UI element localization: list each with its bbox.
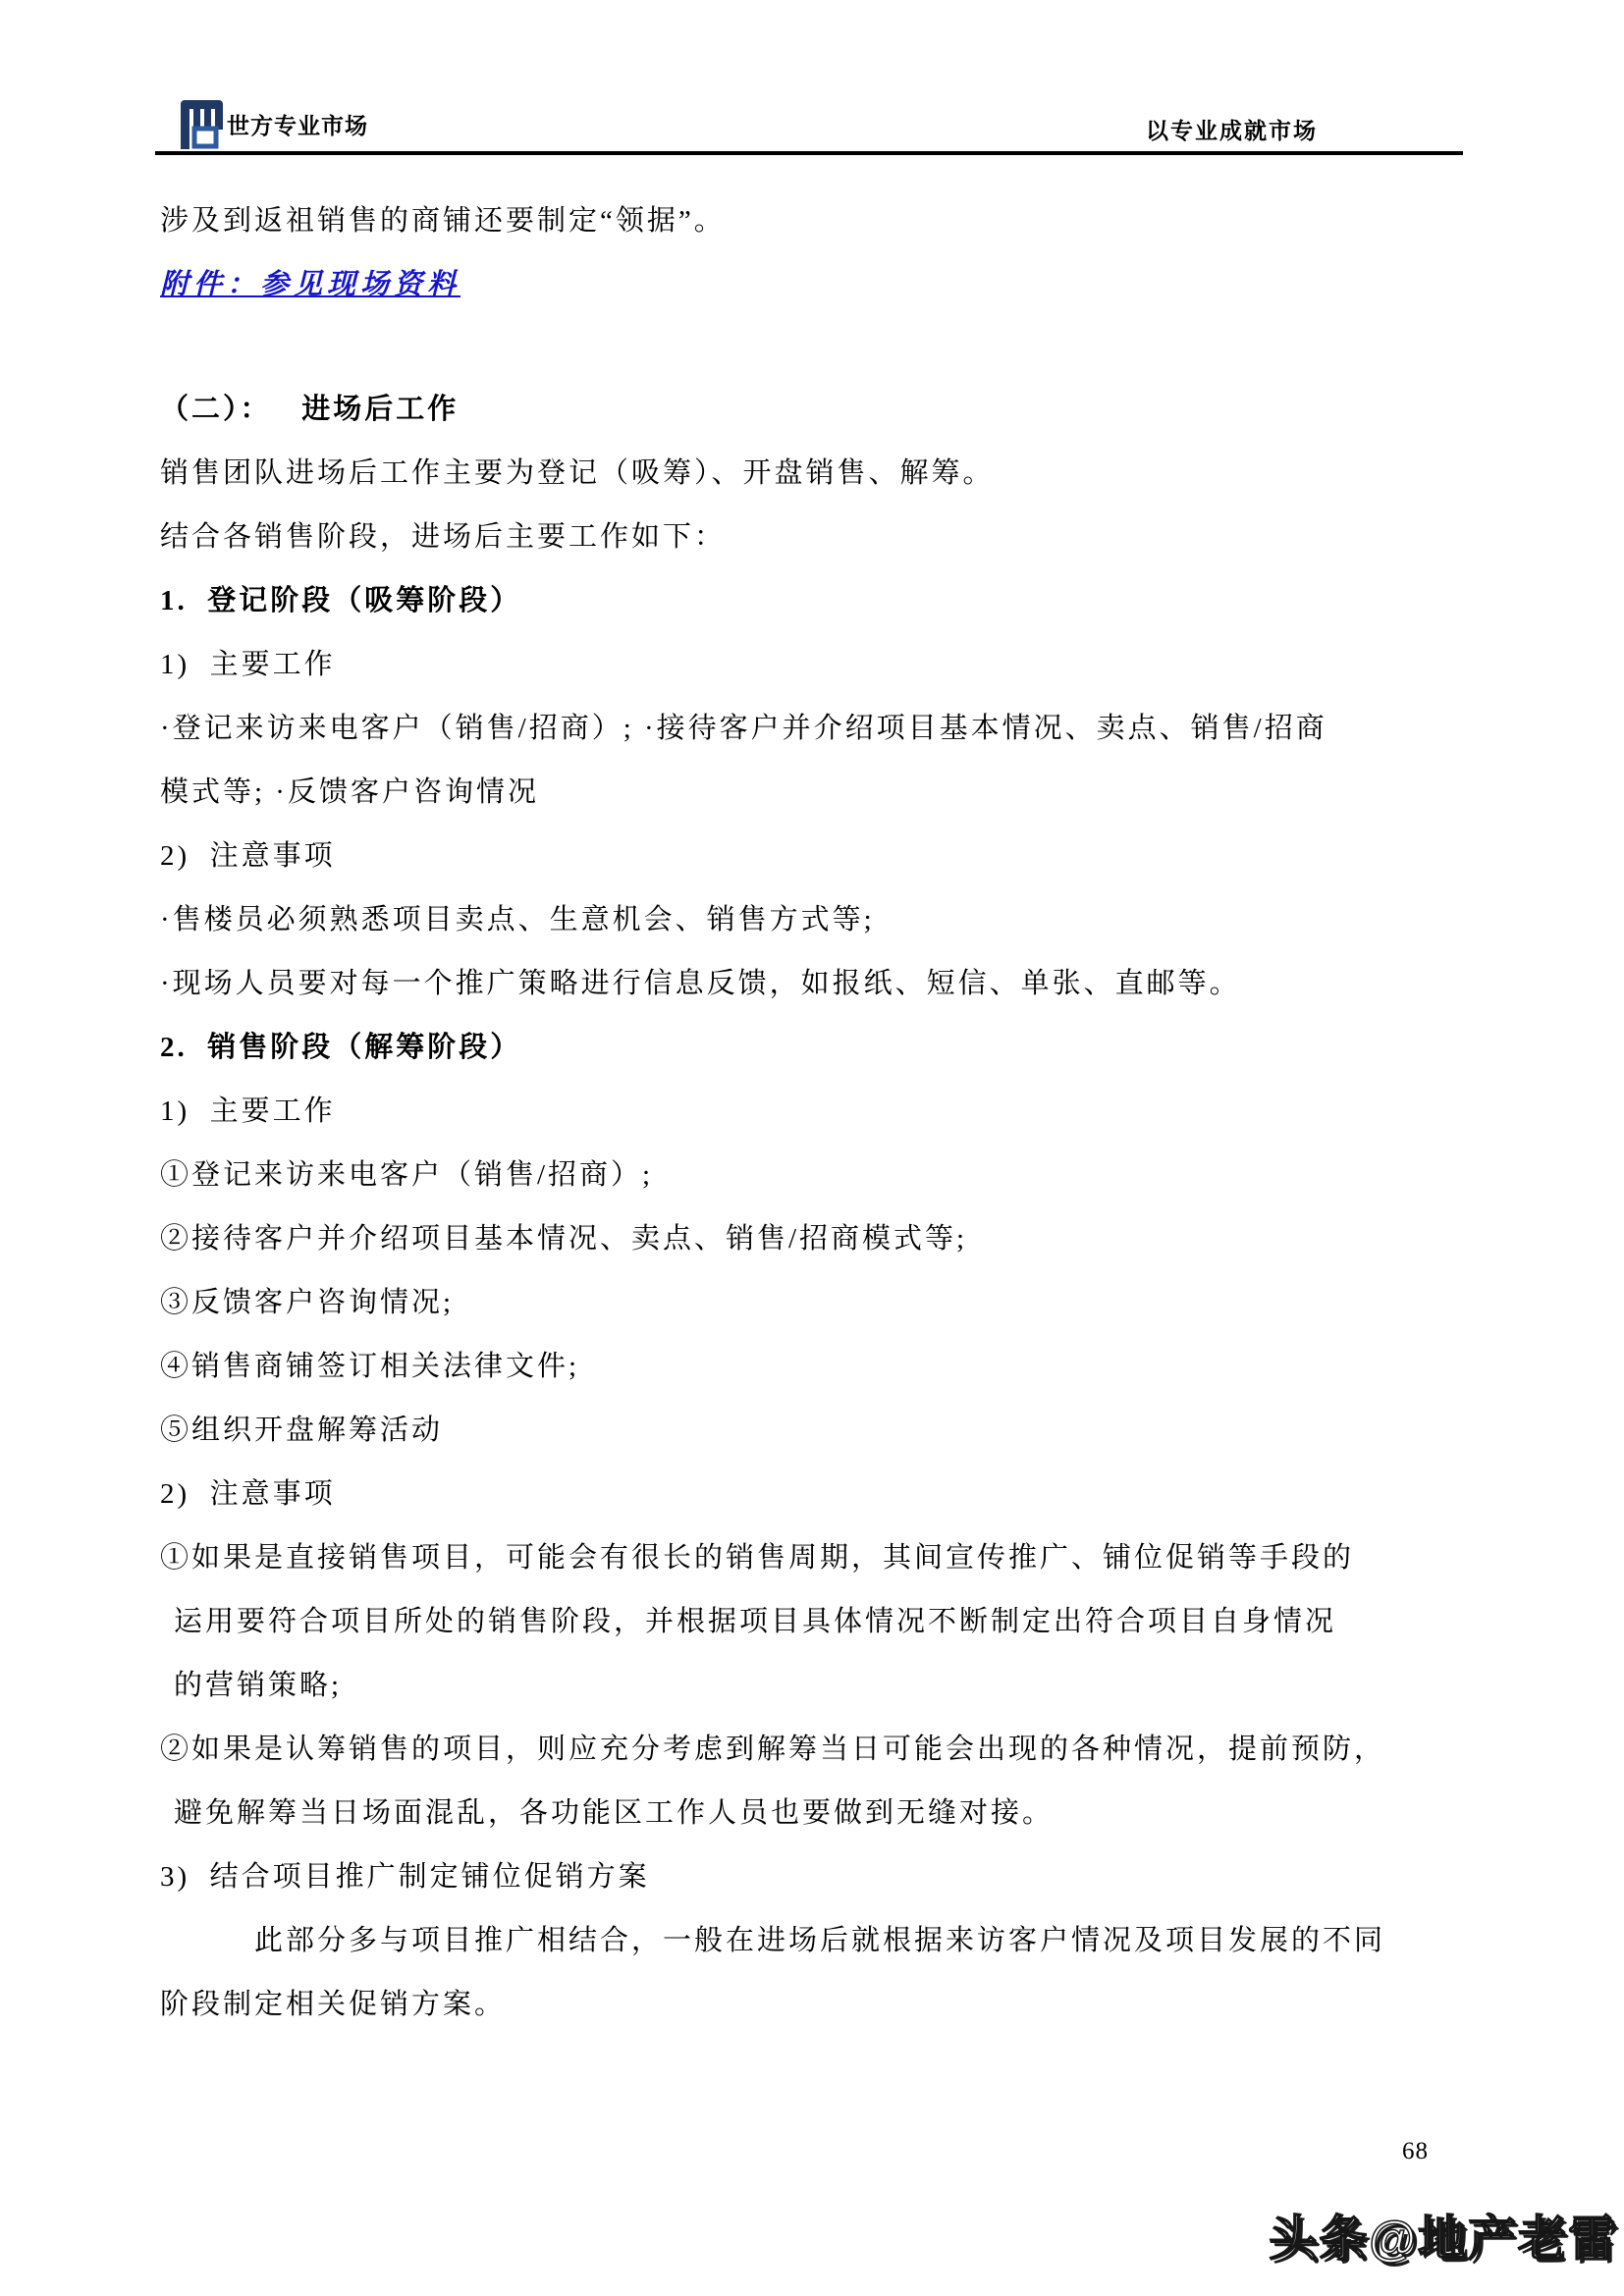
circled-item: ①登记来访来电客户（销售/招商）; [160,1144,1477,1207]
section-heading: （二）： 进场后工作 [160,378,1477,442]
continuation-line: 避免解筹当日场面混乱，各功能区工作人员也要做到无缝对接。 [160,1782,1477,1845]
bullet-line: 模式等; ·反馈客户咨询情况 [160,761,1477,825]
document-page: { "header": { "brand": "世方专业市场", "slogan… [0,0,1624,2296]
watermark-text: 头条@地产老雷 [1269,2201,1618,2269]
circled-item: ③反馈客户咨询情况; [160,1271,1477,1335]
list-item: 2) 注意事项 [160,1463,1477,1526]
bullet-line: ·售楼员必须熟悉项目卖点、生意机会、销售方式等; [160,888,1477,952]
circled-item: ⑤组织开盘解筹活动 [160,1399,1477,1463]
list-item: 3) 结合项目推广制定铺位促销方案 [160,1845,1477,1909]
document-line: 结合各销售阶段，进场后主要工作如下： [160,506,1477,569]
list-item: 2) 注意事项 [160,825,1477,888]
document-line: 涉及到返祖销售的商铺还要制定“领据”。 [160,189,1477,253]
page-number: 68 [1402,2138,1429,2165]
blank-line [160,317,1477,378]
continuation-line: 的营销策略; [160,1654,1477,1718]
bullet-line: ·登记来访来电客户（销售/招商）; ·接待客户并介绍项目基本情况、卖点、销售/招… [160,697,1477,761]
list-item: 1) 主要工作 [160,633,1477,697]
numbered-heading: 1. 登记阶段（吸筹阶段） [160,569,1477,633]
brand-name: 世方专业市场 [227,102,368,149]
document-content: 涉及到返祖销售的商铺还要制定“领据”。 附件：参见现场资料 （二）： 进场后工作… [0,157,1624,2037]
company-logo-icon [179,98,225,149]
document-line: 阶段制定相关促销方案。 [160,1973,1477,2037]
numbered-heading: 2. 销售阶段（解筹阶段） [160,1016,1477,1080]
page-header: 世方专业市场 以专业成就市场 [155,0,1463,155]
circled-item: ②如果是认筹销售的项目，则应充分考虑到解筹当日可能会出现的各种情况，提前预防， [160,1718,1477,1782]
bullet-line: ·现场人员要对每一个推广策略进行信息反馈，如报纸、短信、单张、直邮等。 [160,952,1477,1016]
brand-logo: 世方专业市场 [179,98,368,149]
document-line: 销售团队进场后工作主要为登记（吸筹）、开盘销售、解筹。 [160,442,1477,506]
circled-item: ④销售商铺签订相关法律文件; [160,1335,1477,1399]
list-item: 1) 主要工作 [160,1080,1477,1144]
circled-item: ②接待客户并介绍项目基本情况、卖点、销售/招商模式等; [160,1207,1477,1271]
circled-item: ①如果是直接销售项目，可能会有很长的销售周期，其间宣传推广、铺位促销等手段的 [160,1526,1477,1590]
header-slogan: 以专业成就市场 [1146,113,1318,145]
continuation-line: 运用要符合项目所处的销售阶段，并根据项目具体情况不断制定出符合项目自身情况 [160,1590,1477,1654]
attachment-link[interactable]: 附件：参见现场资料 [160,269,460,300]
indented-paragraph-line: 此部分多与项目推广相结合，一般在进场后就根据来访客户情况及项目发展的不同 [160,1909,1477,1973]
